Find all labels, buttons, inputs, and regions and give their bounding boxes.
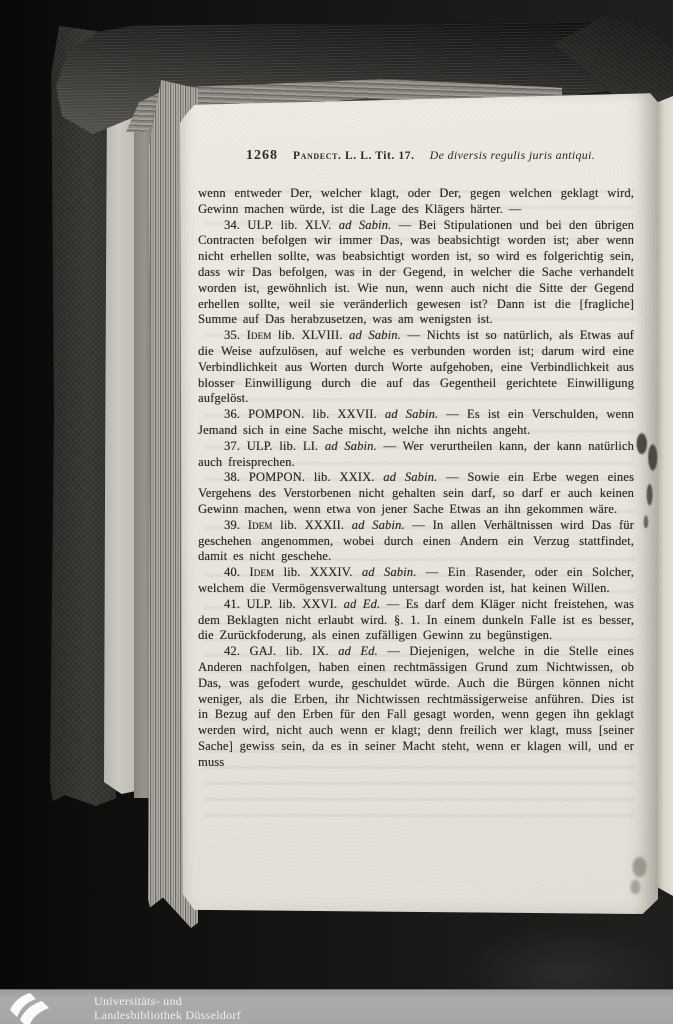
paragraph: 40. Idem lib. XXXIV. ad Sabin. — Ein Ras… [198, 565, 634, 597]
library-name-line2: Landesbibliothek Düsseldorf [94, 1008, 241, 1022]
paragraph: 37. ULP. lib. LI. ad Sabin. — Wer verurt… [198, 439, 634, 471]
library-stamp-bar: Universitäts- und Landesbibliothek Düsse… [0, 989, 673, 1024]
book-page: 1268 Pandect. L. L. Tit. 17. De diversis… [180, 90, 658, 914]
paragraph: 42. GAJ. lib. IX. ad Ed. — Diejenigen, w… [198, 644, 634, 770]
paragraph: 35. Idem lib. XLVIII. ad Sabin. — Nichts… [198, 328, 634, 407]
page-paragraphs: wenn entweder Der, welcher klagt, oder D… [198, 186, 634, 770]
page-number: 1268 [246, 148, 278, 164]
header-citation: Pandect. L. L. Tit. 17. [293, 150, 415, 162]
paragraph: 36. POMPON. lib. XXVII. ad Sabin. — Es i… [198, 407, 634, 439]
page-header: 1268 Pandect. L. L. Tit. 17. De diversis… [198, 148, 634, 164]
ink-smudge-right-edge [634, 430, 660, 528]
open-book-logo-icon [6, 992, 64, 1024]
paragraph: 39. Idem lib. XXXII. ad Sabin. — In alle… [198, 518, 634, 565]
library-name-line1: Universitäts- und [94, 994, 241, 1008]
book-endpaper-light [104, 50, 136, 794]
paragraph: wenn entweder Der, welcher klagt, oder D… [198, 186, 634, 218]
paragraph: 34. ULP. lib. XLV. ad Sabin. — Bei Stipu… [198, 218, 634, 329]
paragraph: 38. POMPON. lib. XXIX. ad Sabin. — Sowie… [198, 470, 634, 517]
page-content: 1268 Pandect. L. L. Tit. 17. De diversis… [198, 148, 634, 770]
header-title: De diversis regulis juris antiqui. [430, 148, 595, 163]
paragraph: 41. ULP. lib. XXVI. ad Ed. — Es darf dem… [198, 597, 634, 644]
library-name: Universitäts- und Landesbibliothek Düsse… [94, 994, 241, 1022]
ink-smudge-bottom-right [622, 848, 654, 898]
scan-photo: 1268 Pandect. L. L. Tit. 17. De diversis… [0, 0, 673, 1024]
